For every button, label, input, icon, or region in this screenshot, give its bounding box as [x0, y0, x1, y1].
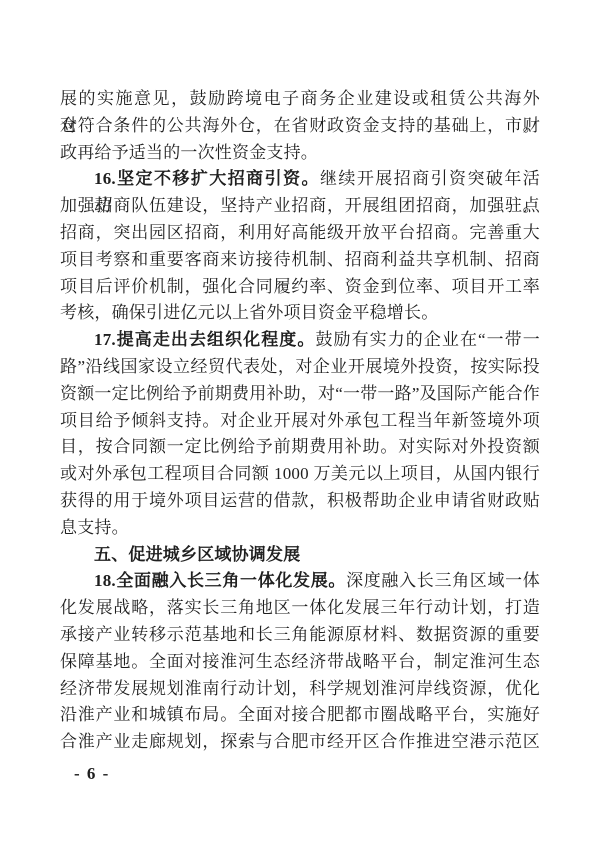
- text-line: 17.提高走出去组织化程度。鼓励有实力的企业在“一带一: [60, 327, 540, 354]
- text-line: 项目给予倾斜支持。对企业开展对外承包工程当年新签境外项: [60, 408, 540, 435]
- text-line: 目，按合同额一定比例给予前期费用补助。对实际对外投资额: [60, 434, 540, 461]
- text-segment: 招商，突出园区招商，利用好高能级开放平台招商。完善重大: [60, 223, 540, 242]
- text-line: 合淮产业走廊规划，探索与合肥市经开区合作推进空港示范区: [60, 729, 540, 756]
- text-line: 18.全面融入长三角一体化发展。深度融入长三角区域一体: [60, 568, 540, 595]
- text-segment: 经济带发展规划淮南行动计划，科学规划淮河岸线资源，优化: [60, 679, 540, 698]
- text-segment: 路”沿线国家设立经贸代表处，对企业开展境外投资，按实际投: [60, 357, 540, 376]
- text-line: 或对外承包工程项目合同额 1000 万美元以上项目，从国内银行: [60, 461, 540, 488]
- text-line: 考核，确保引进亿元以上省外项目资金平稳增长。: [60, 300, 540, 327]
- text-segment: 或对外承包工程项目合同额 1000 万美元以上项目，从国内银行: [60, 464, 540, 483]
- document-text-block: 展的实施意见，鼓励跨境电子商务企业建设或租赁公共海外仓。对符合条件的公共海外仓，…: [60, 86, 540, 756]
- text-segment: 政再给予适当的一次性资金支持。: [60, 143, 318, 162]
- text-segment: 化发展战略，落实长三角地区一体化发展三年行动计划，打造: [60, 598, 540, 617]
- page-number: - 6 -: [74, 764, 110, 784]
- text-segment: 项目后评价机制，强化合同履约率、资金到位率、项目开工率: [60, 277, 540, 296]
- text-line: 对符合条件的公共海外仓，在省财政资金支持的基础上，市财: [60, 113, 540, 140]
- text-segment: 目，按合同额一定比例给予前期费用补助。对实际对外投资额: [60, 437, 540, 456]
- document-page: 展的实施意见，鼓励跨境电子商务企业建设或租赁公共海外仓。对符合条件的公共海外仓，…: [0, 0, 600, 847]
- text-segment: 沿淮产业和城镇布局。全面对接合肥都市圈战略平台，实施好: [60, 705, 540, 724]
- text-line: 资额一定比例给予前期费用补助，对“一带一路”及国际产能合作: [60, 381, 540, 408]
- heading-segment: 16.坚定不移扩大招商引资。: [94, 169, 320, 188]
- text-line: 沿淮产业和城镇布局。全面对接合肥都市圈战略平台，实施好: [60, 702, 540, 729]
- text-line: 招商，突出园区招商，利用好高能级开放平台招商。完善重大: [60, 220, 540, 247]
- text-segment: 鼓励有实力的企业在“一带一: [315, 330, 540, 349]
- text-line: 展的实施意见，鼓励跨境电子商务企业建设或租赁公共海外仓。: [60, 86, 540, 113]
- text-segment: 资额一定比例给予前期费用补助，对“一带一路”及国际产能合作: [60, 384, 540, 403]
- text-line: 路”沿线国家设立经贸代表处，对企业开展境外投资，按实际投: [60, 354, 540, 381]
- heading-segment: 17.提高走出去组织化程度。: [94, 330, 315, 349]
- text-segment: 项目考察和重要客商来访接待机制、招商利益共享机制、招商: [60, 250, 540, 269]
- text-segment: 承接产业转移示范基地和长三角能源原材料、数据资源的重要: [60, 625, 540, 644]
- text-line: 政再给予适当的一次性资金支持。: [60, 140, 540, 167]
- text-segment: 获得的用于境外项目运营的借款，积极帮助企业申请省财政贴: [60, 491, 540, 510]
- heading-segment: 五、促进城乡区域协调发展: [94, 545, 300, 564]
- text-segment: 加强招商队伍建设，坚持产业招商，开展组团招商，加强驻点: [60, 196, 540, 215]
- text-segment: 保障基地。全面对接淮河生态经济带战略平台，制定淮河生态: [60, 652, 540, 671]
- text-segment: 深度融入长三角区域一体: [346, 571, 540, 590]
- text-line: 加强招商队伍建设，坚持产业招商，开展组团招商，加强驻点: [60, 193, 540, 220]
- text-line: 化发展战略，落实长三角地区一体化发展三年行动计划，打造: [60, 595, 540, 622]
- text-line: 16.坚定不移扩大招商引资。继续开展招商引资突破年活动。: [60, 166, 540, 193]
- text-segment: 考核，确保引进亿元以上省外项目资金平稳增长。: [60, 303, 438, 322]
- text-line: 保障基地。全面对接淮河生态经济带战略平台，制定淮河生态: [60, 649, 540, 676]
- text-line: 项目后评价机制，强化合同履约率、资金到位率、项目开工率: [60, 274, 540, 301]
- text-segment: 项目给予倾斜支持。对企业开展对外承包工程当年新签境外项: [60, 411, 540, 430]
- text-segment: 息支持。: [60, 518, 129, 537]
- text-line: 经济带发展规划淮南行动计划，科学规划淮河岸线资源，优化: [60, 676, 540, 703]
- text-line: 息支持。: [60, 515, 540, 542]
- text-line: 项目考察和重要客商来访接待机制、招商利益共享机制、招商: [60, 247, 540, 274]
- text-line: 五、促进城乡区域协调发展: [60, 542, 540, 569]
- text-segment: 合淮产业走廊规划，探索与合肥市经开区合作推进空港示范区: [60, 732, 540, 751]
- text-segment: 对符合条件的公共海外仓，在省财政资金支持的基础上，市财: [60, 116, 540, 135]
- heading-segment: 18.全面融入长三角一体化发展。: [94, 571, 346, 590]
- text-line: 承接产业转移示范基地和长三角能源原材料、数据资源的重要: [60, 622, 540, 649]
- text-line: 获得的用于境外项目运营的借款，积极帮助企业申请省财政贴: [60, 488, 540, 515]
